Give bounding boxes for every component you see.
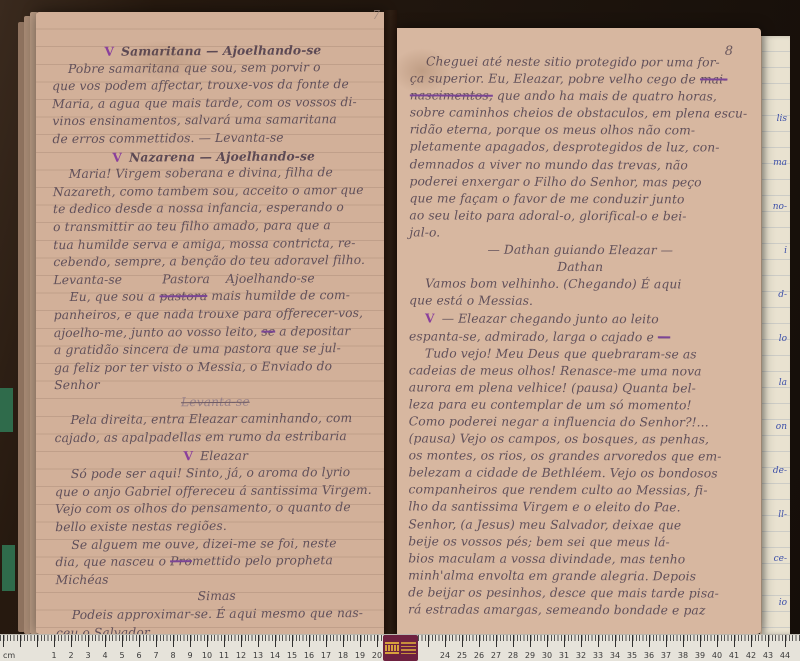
manuscript-line: te dedico desde a nossa infancia, espera… <box>53 199 375 219</box>
ruler-number: 41 <box>729 651 739 660</box>
ruler-number: 38 <box>678 651 688 660</box>
manuscript-line: de erros commettidos. — Levanta-se <box>52 129 374 149</box>
manuscript-line: companheiros que rendem culto ao Messias… <box>408 482 750 500</box>
ruler-number: 20 <box>372 651 382 660</box>
manuscript-line: aurora em plena velhice! (pausa) Quanta … <box>409 379 751 397</box>
manuscript-line: VNazarena — Ajoelhando-se <box>53 146 375 166</box>
ruler-number: 17 <box>321 651 331 660</box>
manuscript-line: ajoelho-me, junto ao vosso leito, se a d… <box>54 322 376 342</box>
next-page-ink-fragment: on <box>762 414 790 440</box>
manuscript-line: Tudo vejo! Meu Deus que quebraram-se as <box>409 345 751 363</box>
check-mark-icon: V <box>183 448 193 463</box>
ruler-number: 35 <box>627 651 637 660</box>
ruler-number: 15 <box>287 651 297 660</box>
manuscript-line: leza para eu contemplar de um só momento… <box>409 396 751 414</box>
gutter-shadow <box>384 10 397 636</box>
check-mark-icon: V <box>425 311 435 326</box>
next-page-ink-fragment: de- <box>762 458 790 484</box>
ruler-number: 11 <box>219 651 229 660</box>
manuscript-line: que me façam o favor de me conduzir junt… <box>409 190 751 208</box>
check-mark-icon: V <box>112 149 122 164</box>
ruler-number: 9 <box>187 651 192 660</box>
manuscript-line: jal-o. <box>409 224 751 242</box>
ruler-number: 12 <box>236 651 246 660</box>
manuscript-line: VEleazar <box>55 446 377 467</box>
ruler-number: 34 <box>610 651 620 660</box>
manuscript-line: espanta-se, admirado, larga o cajado e — <box>409 328 751 346</box>
next-page-ink-fragment: d- <box>762 282 790 308</box>
manuscript-line: — Dathan guiando Eleazar — <box>409 241 751 259</box>
next-page-ink-fragment: io <box>762 590 790 616</box>
next-page-ink-fragment: i <box>762 238 790 264</box>
manuscript-line: Vejo com os olhos do pensamento, o quant… <box>55 499 377 519</box>
manuscript-line: minh'alma envolta em grande alegria. Dep… <box>408 567 750 585</box>
ruler-number: 30 <box>542 651 552 660</box>
left-page-corner-mark: 7 <box>372 8 380 22</box>
manuscript-line: demnados a viver no mundo das trevas, nã… <box>410 156 752 174</box>
ruler-number: 8 <box>170 651 175 660</box>
manuscript-line: lho da santissima Virgem e o eleito do P… <box>408 499 750 517</box>
manuscript-line: ga feliz por ter visto o Messia, o Envia… <box>54 358 376 395</box>
manuscript-line: tua humilde serva e amiga, mossa contric… <box>53 234 375 254</box>
manuscript-line: vinos ensinamentos, salvará uma samarita… <box>52 111 374 131</box>
manuscript-line: (pausa) Vejo os campos, os bosques, as p… <box>409 430 751 448</box>
ruler-number: 3 <box>85 651 90 660</box>
manuscript-line: bios maculam a vossa divindade, mas tenh… <box>408 550 750 568</box>
ruler-number: 6 <box>136 651 141 660</box>
green-cover-edge <box>2 545 15 591</box>
ruler-number: 24 <box>440 651 450 660</box>
manuscript-line: Maria, a agua que mais tarde, com os vos… <box>52 94 374 114</box>
manuscript-line: Senhor, (a Jesus) meu Salvador, deixae q… <box>408 516 750 534</box>
manuscript-line: que está o Messias. <box>409 293 751 311</box>
manuscript-line: Levanta-se Pastora Ajoelhando-se <box>53 270 375 290</box>
manuscript-line: nascimentos, que ando ha mais de quatro … <box>410 88 752 106</box>
manuscript-line: Pobre samaritana que sou, sem porvir o <box>52 58 374 78</box>
ruler-number: 2 <box>68 651 73 660</box>
manuscript-line: V— Eleazar chegando junto ao leito <box>409 310 751 329</box>
ruler-number: 32 <box>576 651 586 660</box>
manuscript-line: bello existe nestas regiões. <box>55 517 377 537</box>
manuscript-line: beije os vossos pés; bem sei que meus lá… <box>408 533 750 551</box>
next-page-ink-fragment: lo <box>762 326 790 352</box>
ruler-number: 14 <box>270 651 280 660</box>
ruler-number: 29 <box>525 651 535 660</box>
manuscript-line: sobre caminhos cheios de obstaculos, em … <box>410 105 752 123</box>
manuscript-line: ça superior. Eu, Eleazar, pobre velho ce… <box>410 70 752 88</box>
manuscript-line: que vos podem affectar, trouxe-vos da fo… <box>52 76 374 96</box>
ruler-number: 44 <box>780 651 790 660</box>
left-page: 7 VSamaritana — Ajoelhando-sePobre samar… <box>36 12 384 634</box>
ruler-number: 19 <box>355 651 365 660</box>
manuscript-line: Cheguei até neste sitio protegido por um… <box>410 53 752 71</box>
building-icon <box>385 642 399 654</box>
check-mark-icon: V <box>104 44 114 59</box>
manuscript-line: belezam a cidade de Bethléem. Vejo os bo… <box>408 465 750 483</box>
ruler-number: 28 <box>508 651 518 660</box>
manuscript-line: ao seu leito para adoral-o, glorifical-o… <box>409 207 751 225</box>
manuscript-line: os montes, os rios, os grandes arvoredos… <box>409 448 751 466</box>
manuscript-line: Maria! Virgem soberana e divina, filha d… <box>53 164 375 184</box>
manuscript-line: Só pode ser aqui! Sinto, já, o aroma do … <box>55 464 377 484</box>
manuscript-line: Simas <box>56 587 378 607</box>
manuscript-line: Pela direita, entra Eleazar caminhando, … <box>54 410 376 430</box>
library-stamp <box>383 635 418 661</box>
manuscript-line: dia, que nasceu o Promettido pelo prophe… <box>55 552 377 589</box>
next-page-ink-fragment: la <box>762 370 790 396</box>
manuscript-line: panheiros, e que nada trouxe para offere… <box>54 305 376 325</box>
ruler-number: 31 <box>559 651 569 660</box>
ruler-number: 27 <box>491 651 501 660</box>
manuscript-line: poderei enxergar o Filho do Senhor, mas … <box>410 173 752 191</box>
manuscript-line: o transmittir ao teu filho amado, para q… <box>53 217 375 237</box>
ruler-number: 39 <box>695 651 705 660</box>
manuscript-line: Eu, que sou a pastora mais humilde de co… <box>54 287 376 307</box>
ruler-number: 1 <box>51 651 56 660</box>
ruler-number: 18 <box>338 651 348 660</box>
manuscript-line: ridão eterna, porque os meus olhos não c… <box>410 122 752 140</box>
manuscript-line: Vamos bom velhinho. (Chegando) É aqui <box>409 276 751 294</box>
manuscript-line: cadeias de meus olhos! Renasce-me uma no… <box>409 362 751 380</box>
ruler-number: 43 <box>763 651 773 660</box>
manuscript-line: Nazareth, como tambem sou, acceito o amo… <box>53 182 375 202</box>
ruler-number: 40 <box>712 651 722 660</box>
manuscript-line: cebendo, sempre, a benção do teu adorave… <box>53 252 375 272</box>
photo-backdrop: lismano-id-lolaonde-ll-ce-iolho 7 VSamar… <box>0 0 800 661</box>
ruler-number: 33 <box>593 651 603 660</box>
ruler-unit-label: cm <box>3 651 15 660</box>
manuscript-line: Se alguem me ouve, dizei-me se foi, nest… <box>55 534 377 554</box>
ruler-number: 36 <box>644 651 654 660</box>
next-page-ink-fragment: ma <box>762 150 790 176</box>
manuscript-line: rá estradas amargas, semeando bondade e … <box>408 601 750 619</box>
ruler-number: 10 <box>202 651 212 660</box>
ruler: cm 1234567891011121314151617181920242526… <box>0 634 800 661</box>
manuscript-line: a gratidão sincera de uma pastora que se… <box>54 340 376 360</box>
manuscript-line: Podeis approximar-se. É aqui mesmo que n… <box>56 605 378 625</box>
next-page-ink-fragment: ce- <box>762 546 790 572</box>
ruler-number: 13 <box>253 651 263 660</box>
next-page-ink-fragment: lis <box>762 106 790 132</box>
next-page-ink-fragment: no- <box>762 194 790 220</box>
ruler-number: 42 <box>746 651 756 660</box>
manuscript-line: Como poderei negar a influencia do Senho… <box>409 413 751 431</box>
ruler-number: 16 <box>304 651 314 660</box>
manuscript-line: que o anjo Gabriel offereceu á santissim… <box>55 482 377 502</box>
next-page-edge: lismano-id-lolaonde-ll-ce-iolho <box>760 36 790 634</box>
manuscript-line: cajado, as apalpadellas em rumo da estri… <box>55 428 377 448</box>
stamp-text-lines <box>401 642 416 654</box>
manuscript-line: pletamente apagados, desprotegidos de lu… <box>410 139 752 157</box>
ruler-number: 37 <box>661 651 671 660</box>
right-page-text: Cheguei até neste sitio protegido por um… <box>408 53 752 619</box>
manuscript-line: Dathan <box>409 259 751 277</box>
ruler-number: 4 <box>102 651 107 660</box>
ruler-number: 5 <box>119 651 124 660</box>
left-page-text: VSamaritana — Ajoelhando-sePobre samarit… <box>52 41 378 660</box>
ruler-number: 25 <box>457 651 467 660</box>
green-cover-edge <box>0 388 13 432</box>
ruler-number: 26 <box>474 651 484 660</box>
manuscript-line: Levanta-se <box>54 393 376 413</box>
manuscript-line: VSamaritana — Ajoelhando-se <box>52 41 374 61</box>
manuscript-line: de beijar os pesinhos, desce que mais ta… <box>408 584 750 602</box>
next-page-ink-fragment: ll- <box>762 502 790 528</box>
right-page: 8 Cheguei até neste sitio protegido por … <box>397 28 761 634</box>
ruler-number: 7 <box>153 651 158 660</box>
